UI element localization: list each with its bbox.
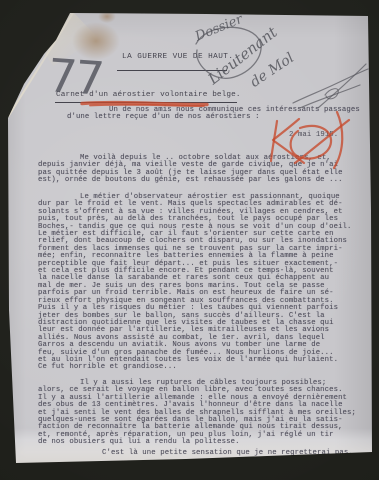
- handwritten-page-number: 77: [46, 48, 104, 106]
- intro-paragraph: Un de nos amis nous communique ces intér…: [67, 107, 360, 122]
- letter-paragraph-3: Il y a aussi les ruptures de câbles touj…: [38, 380, 356, 447]
- letter-paragraph-4: C'est là une petite sensation que je ne …: [38, 450, 353, 457]
- letter-page: LA GUERRE VUE DE HAUT. Carnet d'un aéros…: [6, 10, 374, 468]
- photographed-document: { "document": { "page_number": "77", "ti…: [0, 0, 379, 480]
- letter-paragraph-1: Me voilà depuis le .. octobre soldat aux…: [38, 155, 343, 185]
- doc-title: LA GUERRE VUE DE HAUT.: [122, 53, 233, 61]
- letter-paragraph-2: Le métier d'observateur aérostier est pa…: [38, 194, 352, 372]
- letter-date: 2 mai 1915.: [289, 131, 338, 139]
